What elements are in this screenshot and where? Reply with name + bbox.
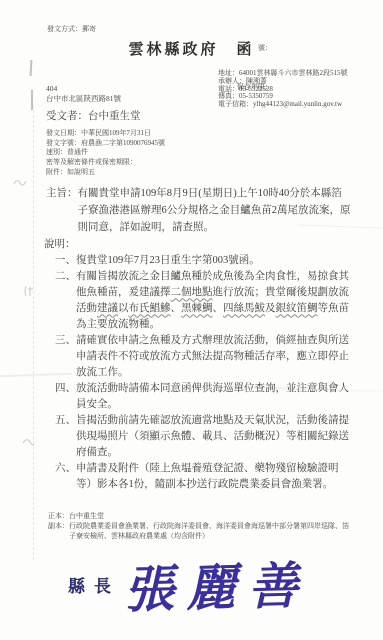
item-text: 旨揭活動前請先確認放流適當地點及天氣狀況，活動後請提供現場照片（須顯示魚體、載具…	[76, 413, 351, 461]
item-number: 四、	[55, 381, 76, 413]
document-meta-block: 發文日期：中華民國109年7月31日 發文字號：府農漁二字第1090076945…	[46, 129, 351, 178]
description-items: 一、復貴堂109年7月23日重生字第003號函。二、有關旨揭放流之金目鱸魚種於成…	[46, 253, 351, 493]
copies-block: 正本： 台中重生堂 副本： 行政院農業委員會漁業署、行政院海洋委員會、海洋委員會…	[48, 511, 351, 541]
delivery-method: 發文方式：郵寄	[47, 24, 96, 34]
recipient-address-block: 404 台中市北區陝西路81號	[46, 84, 121, 104]
description-item: 五、旨揭活動前請先確認放流適當地點及天氣狀況，活動後請提供現場照片（須顯示魚體、…	[46, 413, 351, 461]
pencil-mark	[12, 176, 28, 188]
item-number: 六、	[55, 461, 76, 493]
item-text: 復貴堂109年7月23日重生字第003號函。	[76, 253, 351, 269]
pencil-mark	[23, 284, 35, 298]
pencil-mark	[21, 436, 35, 448]
sender-contact-block: 地址：64001雲林縣斗六市雲林路2段515號 承辦人：陳湘菁 電話：05-55…	[218, 70, 348, 109]
item-number: 二、	[55, 269, 76, 333]
subject-line: 主旨： 有關貴堂申請109年8月9日(星期日)上午10時40分於本縣箔子寮漁港港…	[46, 185, 351, 236]
letter-body: 受文者：台中重生堂 發文日期：中華民國109年7月31日 發文字號：府農漁二字第…	[46, 110, 351, 493]
item-number: 五、	[55, 413, 76, 461]
priority: 速別：普通件	[46, 148, 351, 158]
description-item: 三、請確實依申請之魚種及方式辦理放流活動，倘經抽查與所送申請表件不符或放流方式無…	[46, 333, 351, 381]
cc-recipients: 行政院農業委員會漁業署、行政院海洋委員會、海洋委員會海巡署中部分署第四岸巡隊、箔…	[69, 521, 351, 541]
attachment-note: 附件：如說明五	[46, 168, 351, 178]
description-item: 四、放流活動時請備本同意函俾供海巡單位查詢，並注意與會人員安全。	[46, 381, 351, 413]
subject-text: 有關貴堂申請109年8月9日(星期日)上午10時40分於本縣箔子寮漁港港區辦理6…	[78, 185, 352, 236]
item-text: 申請書及附件（陸上魚塭養殖登記證、藥物殘留檢驗證明等）影本各1份，隨副本抄送行政…	[76, 461, 351, 493]
item-number: 一、	[55, 253, 76, 269]
description-item: 二、有關旨揭放流之金目鱸魚種於成魚後為全肉食性，易掠食其他魚種苗，爰建議擇二個地…	[46, 269, 351, 333]
cc-label: 副本：	[48, 521, 69, 541]
recipient-street: 台中市北區陝西路81號	[46, 94, 121, 104]
official-letter-page: 檔 號： 保存年限： 發文方式：郵寄 雲林縣政府 函 地址：64001雲林縣斗六…	[0, 0, 383, 640]
scan-edge-mark	[30, 60, 33, 76]
description-item: 六、申請書及附件（陸上魚塭養殖登記證、藥物殘留檢驗證明等）影本各1份，隨副本抄送…	[46, 461, 351, 493]
signature-block: 縣長 張麗善	[68, 552, 310, 616]
recipient-zip: 404	[46, 84, 121, 94]
item-text: 放流活動時請備本同意函俾供海巡單位查詢，並注意與會人員安全。	[76, 381, 351, 413]
sender-email: 電子信箱：ylhg44123@mail.yunlin.gov.tw	[218, 101, 348, 109]
item-text: 有關旨揭放流之金目鱸魚種於成魚後為全肉食性，易掠食其他魚種苗，爰建議擇二個地點進…	[76, 269, 351, 333]
original-copy-line: 正本： 台中重生堂	[48, 511, 351, 521]
scan-edge-mark	[31, 90, 33, 110]
issue-date: 發文日期：中華民國109年7月31日	[46, 129, 351, 139]
original-copy-label: 正本：	[48, 511, 69, 521]
classification: 密等及解密條件或保密期限：	[46, 158, 351, 168]
cc-line: 副本： 行政院農業委員會漁業署、行政院海洋委員會、海洋委員會海巡署中部分署第四岸…	[48, 521, 351, 541]
original-copy-recipients: 台中重生堂	[69, 511, 351, 521]
recipient-line: 受文者：台中重生堂	[46, 110, 351, 124]
signer-title: 縣長	[68, 572, 120, 597]
description-item: 一、復貴堂109年7月23日重生字第003號函。	[46, 253, 351, 269]
signer-name-signature: 張麗善	[123, 546, 311, 623]
description-label: 說明：	[44, 236, 351, 253]
document-title: 雲林縣政府 函	[0, 38, 383, 59]
issue-number: 發文字號：府農漁二字第1090076945號	[46, 139, 351, 149]
paper-fold-line	[33, 105, 34, 560]
subject-label: 主旨：	[46, 185, 78, 236]
item-text: 請確實依申請之魚種及方式辦理放流活動，倘經抽查與所送申請表件不符或放流方式無法提…	[76, 333, 351, 381]
